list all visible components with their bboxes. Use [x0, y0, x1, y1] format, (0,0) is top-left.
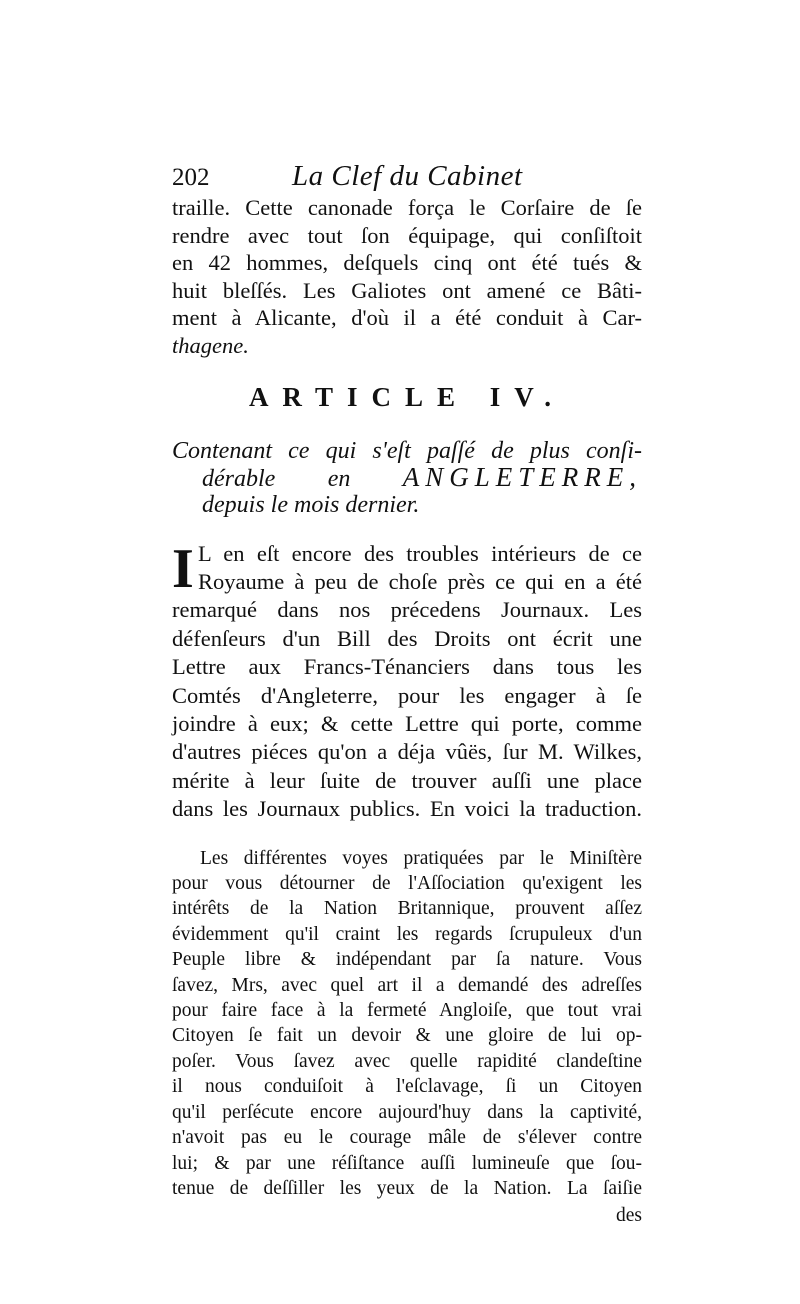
text-line: pour faire face à la fermeté Angloiſe, q… [172, 998, 642, 1023]
catchword: des [172, 1205, 642, 1227]
text-line: L en eſt encore des troubles intérieurs … [172, 540, 642, 568]
text-line: n'avoit pas eu le courage mâle de s'élev… [172, 1125, 642, 1150]
text-line: traille. Cette canonade força le Corſair… [172, 194, 642, 222]
text-line: qu'il perſécute encore aujourd'huy dans … [172, 1100, 642, 1125]
letter-text: Les différentes voyes pratiquées par le … [172, 846, 642, 1202]
text-line: Citoyen ſe fait un devoir & une gloire d… [172, 1023, 642, 1048]
text-line: thagene. [172, 332, 642, 360]
text-line: intérêts de la Nation Britannique, prouv… [172, 896, 642, 921]
body-paragraph: I L en eſt encore des troubles intérieur… [172, 540, 642, 824]
text-line: défenſeurs d'un Bill des Droits ont écri… [172, 625, 642, 653]
summary-line: depuis le mois dernier. [172, 492, 642, 518]
text-line: joindre à eux; & cette Lettre qui porte,… [172, 710, 642, 738]
text-line: il nous conduiſoit à l'eſclavage, ſi un … [172, 1074, 642, 1099]
text-line: Peuple libre & indépendant par ſa nature… [172, 947, 642, 972]
text-line: poſer. Vous ſavez avec quelle rapidité c… [172, 1049, 642, 1074]
drop-cap: I [172, 544, 194, 594]
text-line: Royaume à peu de choſe près ce qui en a … [172, 568, 642, 596]
text-line: rendre avec tout ſon équipage, qui conſi… [172, 222, 642, 250]
summary-text: dérable en [202, 466, 350, 492]
text-line: Lettre aux Francs-Ténanciers dans tous l… [172, 653, 642, 681]
text-line: lui; & par une réſiſtance auſſi lumineuſ… [172, 1151, 642, 1176]
text-line: en 42 hommes, deſquels cinq ont été tués… [172, 249, 642, 277]
summary-line: Contenant ce qui s'eſt paſſé de plus con… [172, 438, 642, 464]
text-line: tenue de deſſiller les yeux de la Nation… [172, 1176, 642, 1201]
text-line: Comtés d'Angleterre, pour les engager à … [172, 682, 642, 710]
continued-paragraph: traille. Cette canonade força le Corſair… [172, 194, 642, 360]
place-name: thagene. [172, 333, 249, 358]
text-line: huit bleſſés. Les Galiotes ont amené ce … [172, 277, 642, 305]
article-heading: ARTICLE IV. [172, 382, 642, 422]
text-line: ſavez, Mrs, avec quel art il a demandé d… [172, 973, 642, 998]
running-head: 202 La Clef du Cabinet [172, 160, 642, 194]
text-line: remarqué dans nos précedens Journaux. Le… [172, 596, 642, 624]
page-number: 202 [172, 164, 292, 192]
text-line: Les différentes voyes pratiquées par le … [172, 846, 642, 871]
article-summary: Contenant ce qui s'eſt paſſé de plus con… [172, 438, 642, 518]
text-line: évidemment qu'il craint les regards ſcru… [172, 922, 642, 947]
summary-line: dérable en ANGLETERRE, [172, 464, 642, 492]
text-line: mérite à leur ſuite de trouver auſſi une… [172, 767, 642, 795]
country-name: ANGLETERRE, [403, 462, 642, 492]
text-line: ment à Alicante, d'où il a été conduit à… [172, 304, 642, 332]
text-line: d'autres piéces qu'on a déja vûës, ſur M… [172, 738, 642, 766]
book-page: 202 La Clef du Cabinet traille. Cette ca… [172, 160, 642, 1227]
text-line: dans les Journaux publics. En voici la t… [172, 795, 642, 823]
text-line: pour vous détourner de l'Aſſociation qu'… [172, 871, 642, 896]
running-title: La Clef du Cabinet [292, 160, 523, 193]
